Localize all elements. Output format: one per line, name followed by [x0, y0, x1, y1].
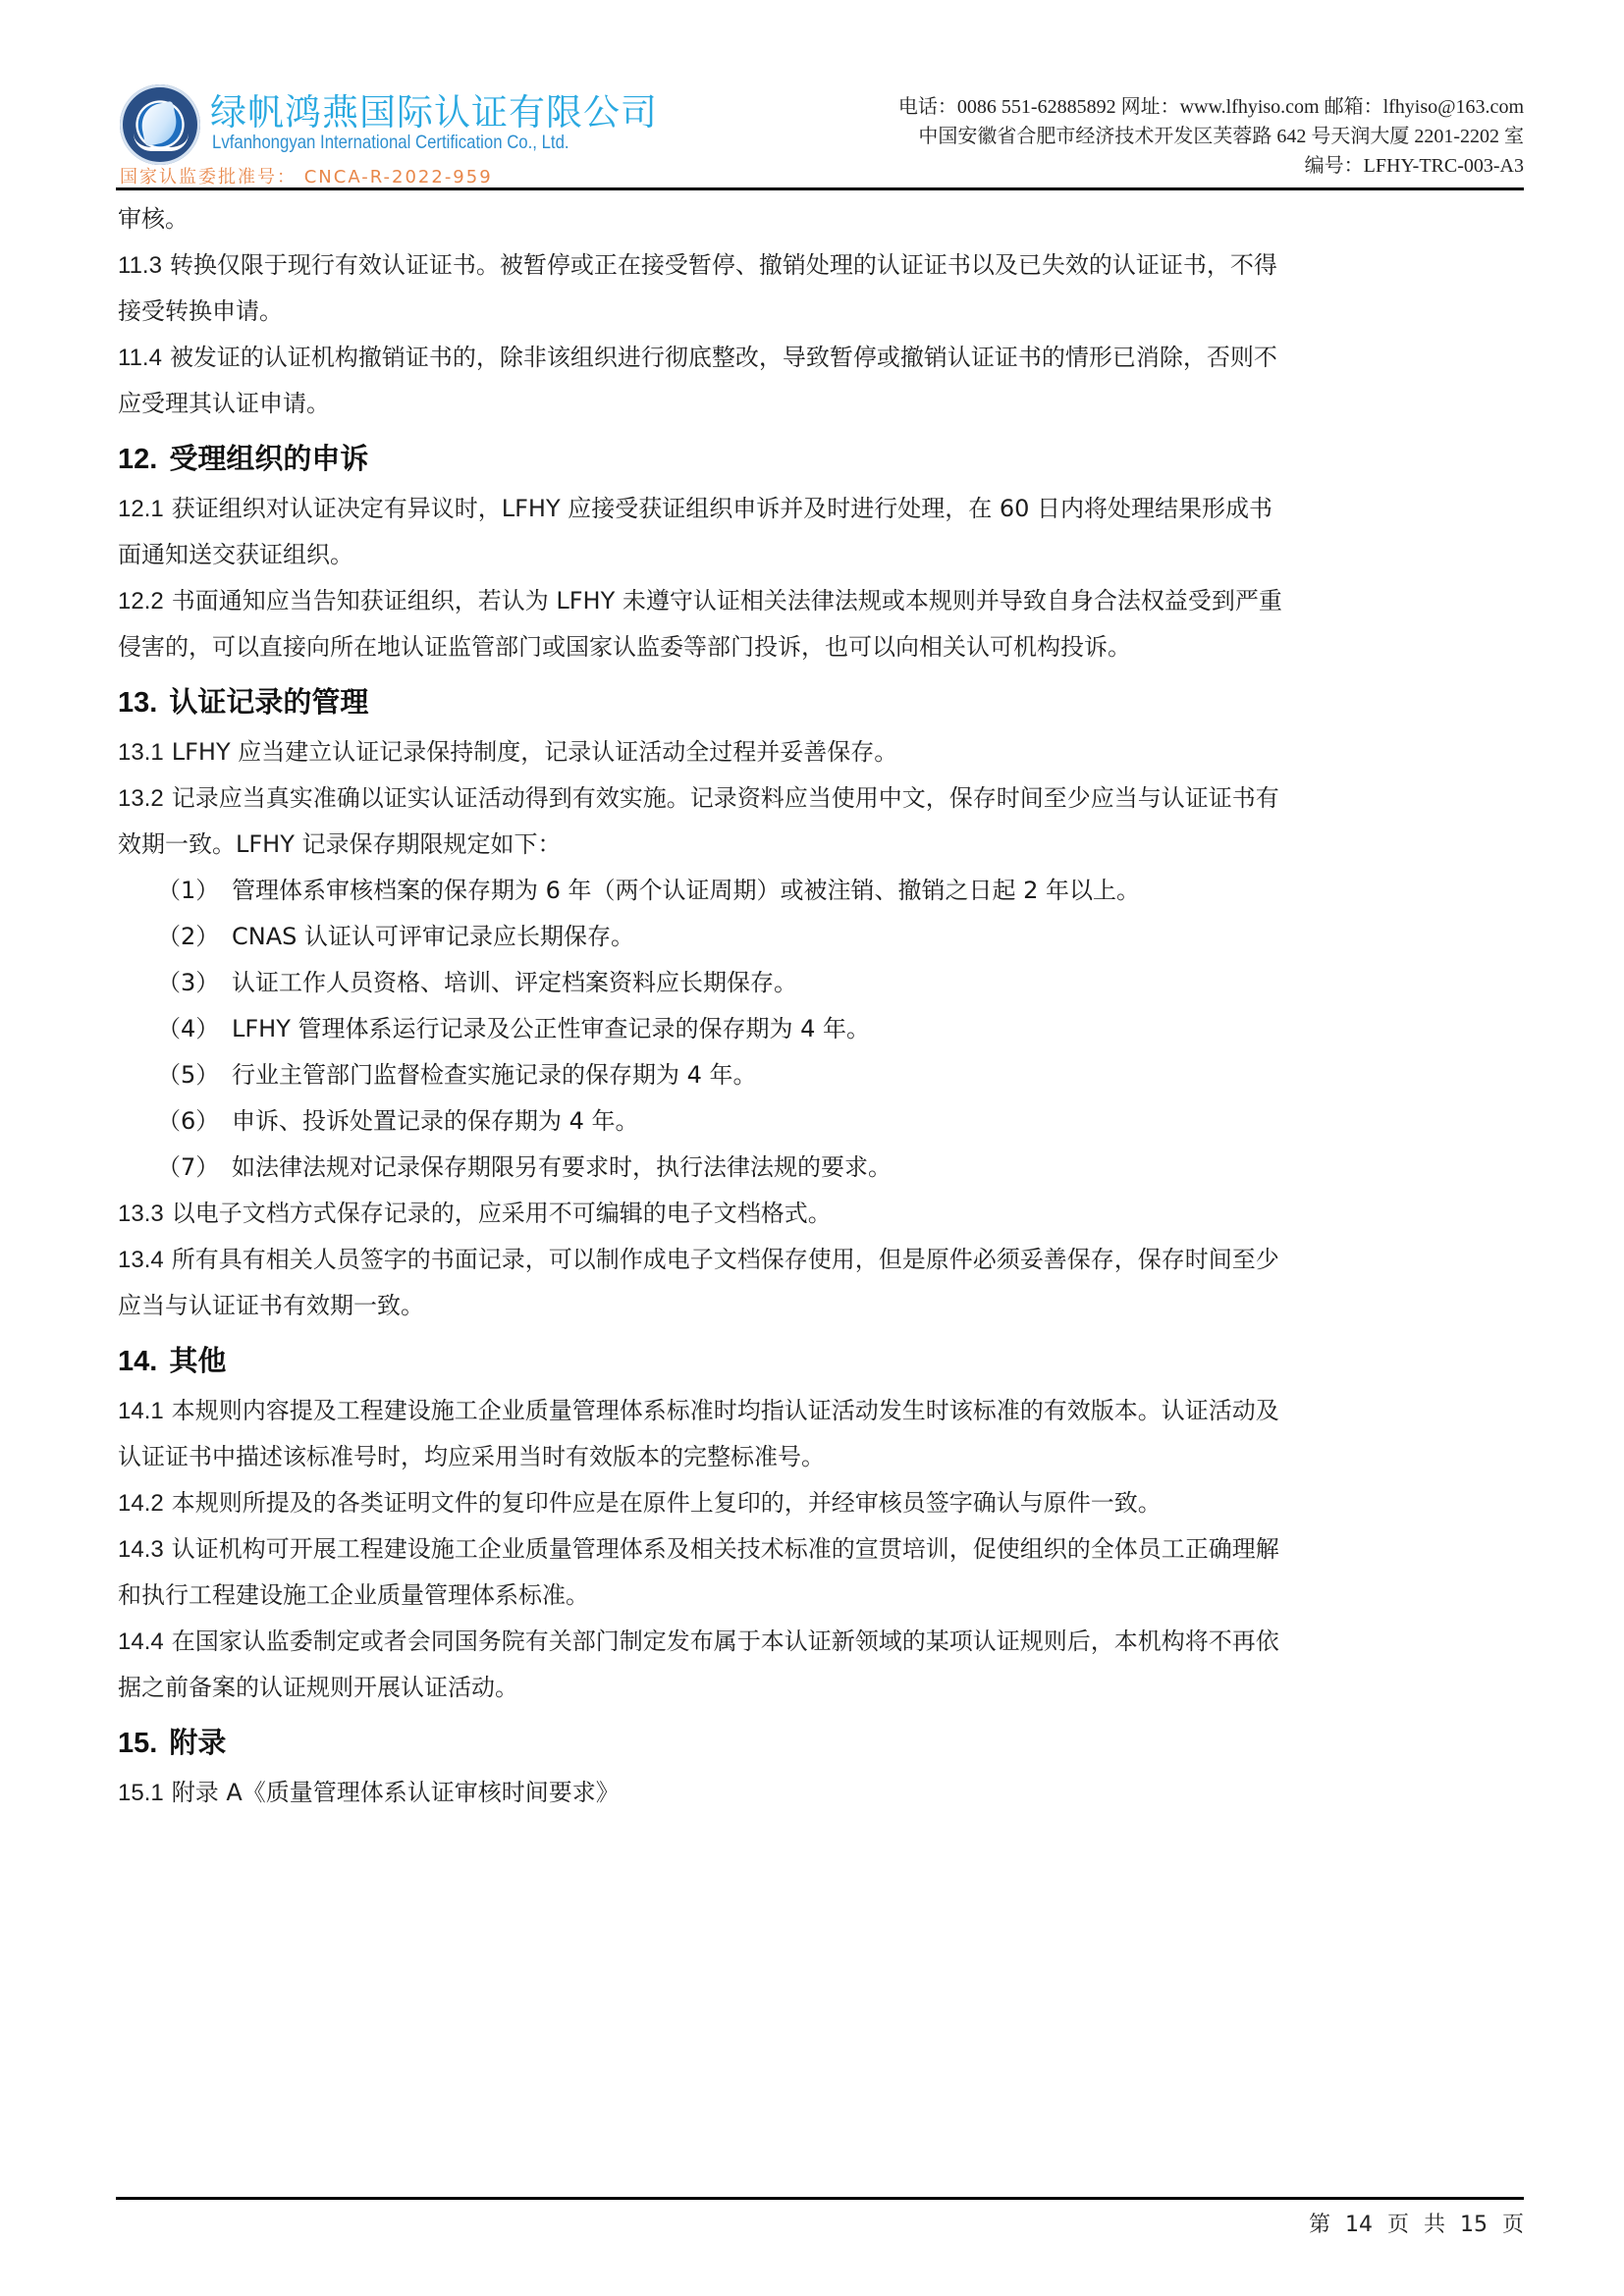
list-index: （2）	[157, 914, 232, 960]
clause-number: 14.1	[118, 1398, 164, 1424]
clause-number: 13.1	[118, 739, 164, 766]
section-number: 12.	[118, 444, 157, 475]
list-index: （1）	[157, 868, 232, 914]
section-number: 14.	[118, 1346, 157, 1377]
clause-text: 在国家认监委制定或者会同国务院有关部门制定发布属于本认证新领域的某项认证规则后，…	[172, 1628, 1279, 1655]
section-heading-12: 12.受理组织的申诉	[118, 431, 1528, 486]
clause-text: LFHY 应当建立认证记录保持制度，记录认证活动全过程并妥善保存。	[172, 738, 898, 766]
list-index: （3）	[157, 960, 232, 1006]
clause-14-1-line-1: 14.1本规则内容提及工程建设施工企业质量管理体系标准时均指认证活动发生时该标准…	[118, 1388, 1528, 1434]
retention-list-item: （7）如法律法规对记录保存期限另有要求时，执行法律法规的要求。	[118, 1145, 1528, 1191]
section-heading-13: 13.认证记录的管理	[118, 674, 1528, 729]
clause-14-4-line-2: 据之前备案的认证规则开展认证活动。	[118, 1665, 1528, 1711]
clause-number: 14.4	[118, 1629, 164, 1655]
section-title: 其他	[169, 1344, 226, 1377]
clause-number: 15.1	[118, 1780, 164, 1806]
page-header: 绿帆鸿燕国际认证有限公司 Lvfanhongyan International …	[116, 69, 1524, 188]
contact-info: 电话：0086 551-62885892 网址：www.lfhyiso.com …	[898, 90, 1524, 119]
clause-11-3-line-1: 11.3转换仅限于现行有效认证证书。被暂停或正在接受暂停、撤销处理的认证证书以及…	[118, 242, 1528, 289]
clause-number: 13.4	[118, 1247, 164, 1273]
list-text: 申诉、投诉处置记录的保存期为 4 年。	[232, 1107, 639, 1135]
retention-list-item: （5）行业主管部门监督检查实施记录的保存期为 4 年。	[118, 1052, 1528, 1098]
company-name-en: Lvfanhongyan International Certification…	[212, 132, 569, 154]
clause-text: 被发证的认证机构撤销证书的，除非该组织进行彻底整改，导致暂停或撤销认证证书的情形…	[170, 344, 1277, 371]
list-text: 管理体系审核档案的保存期为 6 年（两个认证周期）或被注销、撤销之日起 2 年以…	[232, 877, 1140, 904]
clause-12-2-line-1: 12.2书面通知应当告知获证组织，若认为 LFHY 未遵守认证相关法律法规或本规…	[118, 578, 1528, 624]
clause-number: 14.2	[118, 1490, 164, 1517]
clause-number: 13.2	[118, 785, 164, 812]
list-text: LFHY 管理体系运行记录及公正性审查记录的保存期为 4 年。	[232, 1015, 870, 1042]
clause-text: 附录 A《质量管理体系认证审核时间要求》	[172, 1779, 620, 1806]
clause-11-4-line-1: 11.4被发证的认证机构撤销证书的，除非该组织进行彻底整改，导致暂停或撤销认证证…	[118, 335, 1528, 381]
retention-list-item: （1）管理体系审核档案的保存期为 6 年（两个认证周期）或被注销、撤销之日起 2…	[118, 868, 1528, 914]
clause-text: 所有具有相关人员签字的书面记录，可以制作成电子文档保存使用，但是原件必须妥善保存…	[172, 1246, 1279, 1273]
list-index: （6）	[157, 1098, 232, 1145]
section-title: 认证记录的管理	[169, 685, 368, 719]
clause-text: 记录应当真实准确以证实认证活动得到有效实施。记录资料应当使用中文，保存时间至少应…	[172, 784, 1279, 812]
clause-number: 11.3	[118, 252, 162, 279]
retention-list-item: （3）认证工作人员资格、培训、评定档案资料应长期保存。	[118, 960, 1528, 1006]
list-index: （7）	[157, 1145, 232, 1191]
clause-11-3-line-2: 接受转换申请。	[118, 289, 1528, 335]
list-index: （5）	[157, 1052, 232, 1098]
retention-list-item: （4）LFHY 管理体系运行记录及公正性审查记录的保存期为 4 年。	[118, 1006, 1528, 1052]
clause-text: 认证机构可开展工程建设施工企业质量管理体系及相关技术标准的宣贯培训，促使组织的全…	[172, 1535, 1279, 1563]
clause-text: 以电子文档方式保存记录的，应采用不可编辑的电子文档格式。	[172, 1200, 832, 1227]
company-name-cn: 绿帆鸿燕国际认证有限公司	[210, 82, 658, 135]
clause-text: 书面通知应当告知获证组织，若认为 LFHY 未遵守认证相关法律法规或本规则并导致…	[172, 587, 1282, 614]
company-logo-icon	[120, 84, 200, 165]
clause-number: 11.4	[118, 345, 162, 371]
section-heading-15: 15.附录	[118, 1715, 1528, 1770]
clause-12-2-line-2: 侵害的，可以直接向所在地认证监管部门或国家认监委等部门投诉，也可以向相关认可机构…	[118, 624, 1528, 670]
clause-12-1-line-2: 面通知送交获证组织。	[118, 532, 1528, 578]
section-number: 13.	[118, 687, 157, 719]
clause-text: 本规则内容提及工程建设施工企业质量管理体系标准时均指认证活动发生时该标准的有效版…	[172, 1397, 1279, 1424]
company-address: 中国安徽省合肥市经济技术开发区芙蓉路 642 号天润大厦 2201-2202 室	[918, 120, 1524, 148]
section-number: 15.	[118, 1728, 157, 1759]
clause-14-3-line-1: 14.3认证机构可开展工程建设施工企业质量管理体系及相关技术标准的宣贯培训，促使…	[118, 1526, 1528, 1573]
approval-number: 国家认监委批准号： CNCA-R-2022-959	[120, 163, 493, 188]
clause-text: 转换仅限于现行有效认证证书。被暂停或正在接受暂停、撤销处理的认证证书以及已失效的…	[170, 251, 1277, 279]
clause-14-4-line-1: 14.4在国家认监委制定或者会同国务院有关部门制定发布属于本认证新领域的某项认证…	[118, 1619, 1528, 1665]
retention-list-item: （2）CNAS 认证认可评审记录应长期保存。	[118, 914, 1528, 960]
list-text: CNAS 认证认可评审记录应长期保存。	[232, 923, 634, 950]
section-title: 受理组织的申诉	[169, 442, 368, 475]
clause-number: 12.2	[118, 588, 164, 614]
clause-13-2-line-2: 效期一致。LFHY 记录保存期限规定如下：	[118, 822, 1528, 868]
clause-number: 13.3	[118, 1201, 164, 1227]
clause-14-3-line-2: 和执行工程建设施工企业质量管理体系标准。	[118, 1573, 1528, 1619]
retention-list-item: （6）申诉、投诉处置记录的保存期为 4 年。	[118, 1098, 1528, 1145]
footer-divider	[116, 2197, 1524, 2200]
list-index: （4）	[157, 1006, 232, 1052]
page-number: 第 14 页 共 15 页	[1309, 2208, 1524, 2238]
header-divider	[116, 187, 1524, 190]
clause-12-1-line-1: 12.1获证组织对认证决定有异议时，LFHY 应接受获证组织申诉并及时进行处理，…	[118, 486, 1528, 532]
clause-13-1: 13.1LFHY 应当建立认证记录保持制度，记录认证活动全过程并妥善保存。	[118, 729, 1528, 775]
list-text: 如法律法规对记录保存期限另有要求时，执行法律法规的要求。	[232, 1153, 892, 1181]
clause-15-1: 15.1附录 A《质量管理体系认证审核时间要求》	[118, 1770, 1528, 1816]
clause-13-4-line-1: 13.4所有具有相关人员签字的书面记录，可以制作成电子文档保存使用，但是原件必须…	[118, 1237, 1528, 1283]
clause-13-2-line-1: 13.2记录应当真实准确以证实认证活动得到有效实施。记录资料应当使用中文，保存时…	[118, 775, 1528, 822]
section-title: 附录	[169, 1726, 226, 1759]
clause-13-4-line-2: 应当与认证证书有效期一致。	[118, 1283, 1528, 1329]
clause-number: 14.3	[118, 1536, 164, 1563]
continuation-text: 审核。	[118, 196, 1528, 242]
list-text: 认证工作人员资格、培训、评定档案资料应长期保存。	[232, 969, 797, 996]
clause-text: 获证组织对认证决定有异议时，LFHY 应接受获证组织申诉并及时进行处理，在 60…	[172, 495, 1272, 522]
document-code: 编号：LFHY-TRC-003-A3	[1305, 149, 1524, 178]
clause-text: 本规则所提及的各类证明文件的复印件应是在原件上复印的，并经审核员签字确认与原件一…	[172, 1489, 1162, 1517]
clause-13-3: 13.3以电子文档方式保存记录的，应采用不可编辑的电子文档格式。	[118, 1191, 1528, 1237]
clause-number: 12.1	[118, 496, 164, 522]
clause-14-1-line-2: 认证证书中描述该标准号时，均应采用当时有效版本的完整标准号。	[118, 1434, 1528, 1480]
clause-14-2: 14.2本规则所提及的各类证明文件的复印件应是在原件上复印的，并经审核员签字确认…	[118, 1480, 1528, 1526]
section-heading-14: 14.其他	[118, 1333, 1528, 1388]
clause-11-4-line-2: 应受理其认证申请。	[118, 381, 1528, 427]
document-body: 审核。 11.3转换仅限于现行有效认证证书。被暂停或正在接受暂停、撤销处理的认证…	[118, 196, 1528, 1816]
list-text: 行业主管部门监督检查实施记录的保存期为 4 年。	[232, 1061, 757, 1089]
logo-wave-shape	[134, 133, 189, 151]
